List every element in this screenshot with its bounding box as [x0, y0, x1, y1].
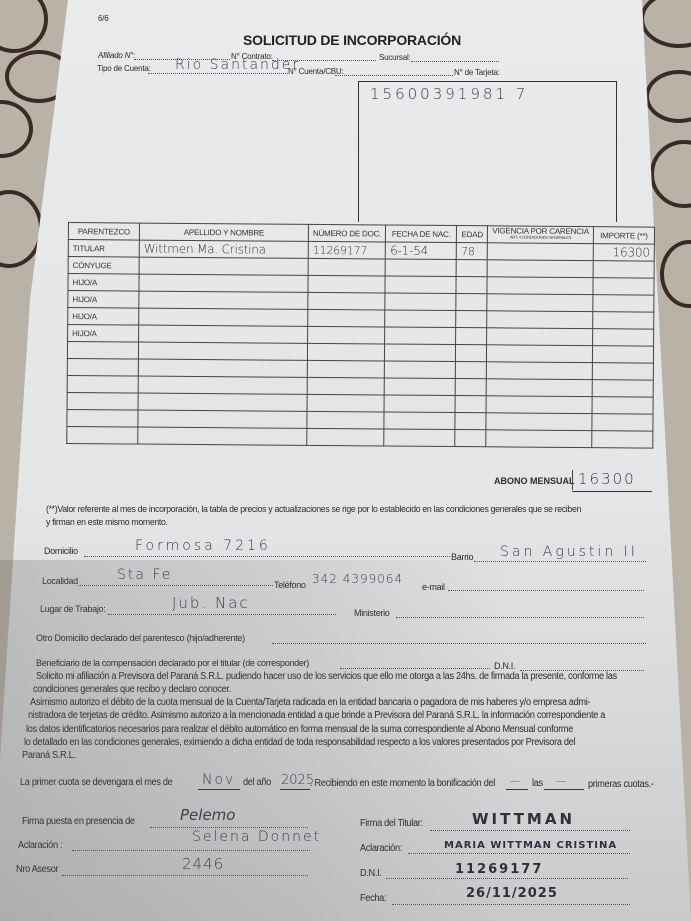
cuota-anio-field[interactable]	[280, 789, 310, 790]
cell-importe[interactable]	[593, 329, 654, 346]
abono-divider	[572, 470, 573, 490]
cell-parentesco	[67, 392, 138, 410]
asesor-label: Nro Asesor	[16, 864, 58, 875]
telefono-label: Teléfono	[274, 580, 306, 590]
tipo-cuenta-label: Tipo de Cuenta:	[97, 64, 151, 73]
cell-edad[interactable]	[456, 328, 487, 345]
cuota-bonif-field[interactable]	[506, 789, 528, 790]
aclaracion-left-label: Aclaración :	[18, 840, 62, 851]
background-pattern	[645, 70, 691, 123]
cell-nombre[interactable]	[138, 376, 307, 394]
cell-importe[interactable]	[593, 278, 654, 295]
cell-edad[interactable]	[455, 379, 486, 396]
presencia-label: Firma puesta en presencia de	[22, 816, 135, 827]
cell-importe[interactable]: 16300	[593, 244, 654, 261]
cell-parentesco	[67, 358, 138, 376]
legal-p1-line2: condiciones generales que recibo y decla…	[33, 684, 231, 695]
dni-label: D.N.I.	[360, 868, 382, 879]
barrio-value[interactable]: San Agustin II	[500, 544, 638, 560]
cell-nombre[interactable]	[139, 257, 308, 275]
localidad-value[interactable]: Sta Fe	[117, 567, 172, 583]
cell-nombre[interactable]	[139, 274, 308, 292]
background-pattern	[0, 0, 48, 53]
cell-importe[interactable]	[593, 295, 654, 312]
cuota-mes-value[interactable]: Nov	[202, 772, 235, 788]
abono-value[interactable]: 16300	[578, 470, 636, 488]
footnote-line2: y firman en este mismo momento.	[46, 517, 168, 528]
cell-doc[interactable]	[308, 292, 385, 310]
localidad-field[interactable]	[78, 585, 273, 586]
cell-parentesco: TITULAR	[68, 240, 139, 258]
cell-doc[interactable]	[308, 326, 385, 344]
telefono-value[interactable]: 342 4399064	[312, 572, 403, 586]
cell-edad[interactable]	[455, 430, 486, 447]
cuota-bonif-value[interactable]: —	[510, 776, 520, 787]
cuota-mes-field[interactable]	[198, 789, 240, 790]
abono-label: ABONO MENSUAL	[494, 476, 575, 486]
family-table: PARENTEZCO APELLIDO Y NOMBRE NÚMERO DE D…	[66, 222, 655, 449]
cell-parentesco	[67, 409, 138, 427]
cell-edad[interactable]	[456, 311, 487, 328]
cuota-las-value[interactable]: —	[556, 776, 566, 787]
cell-doc[interactable]	[307, 394, 384, 412]
cell-vigencia[interactable]	[487, 362, 593, 380]
cell-importe[interactable]	[592, 414, 653, 431]
cell-vigencia[interactable]	[487, 294, 593, 312]
cell-doc[interactable]	[307, 343, 384, 361]
cell-fecha-nac[interactable]	[384, 429, 455, 447]
tarjeta-label: N° de Tarjeta:	[454, 68, 500, 77]
beneficiario-dni-label: D.N.I.	[494, 661, 515, 671]
cell-doc[interactable]: 11269177	[308, 241, 385, 259]
legal-p2-line3: los datos identificatorios necesarios pa…	[26, 724, 573, 735]
cell-vigencia[interactable]	[487, 260, 593, 278]
presencia-field[interactable]	[150, 827, 308, 828]
sucursal-field[interactable]	[411, 61, 499, 62]
cell-importe[interactable]	[592, 397, 653, 414]
domicilio-value[interactable]: Formosa 7216	[135, 538, 271, 554]
cell-fecha-nac[interactable]	[384, 412, 455, 430]
aclaracion-right-label: Aclaración:	[360, 843, 402, 854]
cell-vigencia[interactable]	[486, 413, 592, 431]
cell-fecha-nac[interactable]	[385, 327, 456, 345]
cell-edad[interactable]	[456, 345, 487, 362]
cell-fecha-nac[interactable]	[385, 276, 456, 294]
cell-nombre[interactable]	[139, 325, 308, 343]
barrio-field[interactable]	[474, 561, 646, 562]
cuota-prefix: La primer cuota se devengara el mes de	[20, 777, 172, 788]
cell-nombre[interactable]	[138, 342, 307, 360]
legal-p2-line1: Asimismo autorizo el débito de la cuota …	[30, 697, 590, 708]
dni-field[interactable]	[386, 878, 628, 879]
cell-vigencia[interactable]	[487, 277, 593, 295]
cell-parentesco	[67, 375, 138, 393]
cuota-middle: . Recibiendo en este momento la bonifica…	[310, 778, 495, 789]
cell-fecha-nac[interactable]	[385, 361, 456, 379]
ministerio-field[interactable]	[396, 617, 644, 618]
cell-doc[interactable]	[307, 411, 384, 429]
footnote-line1: (**)Valor referente al mes de incorporac…	[46, 504, 581, 515]
tipo-cuenta-value[interactable]: Rio Santander	[175, 57, 300, 73]
firma-titular-field[interactable]	[430, 830, 630, 831]
otro-domicilio-label: Otro Domicilio declarado del parentesco …	[36, 633, 245, 643]
cell-vigencia[interactable]	[487, 345, 593, 363]
trabajo-label: Lugar de Trabajo:	[40, 604, 105, 614]
header-fecha-nac: FECHA DE NAC.	[386, 225, 457, 243]
cell-fecha-nac[interactable]	[385, 259, 456, 277]
header-edad: EDAD	[457, 226, 488, 243]
cell-parentesco: HIJO/A	[68, 274, 139, 292]
email-label: e-mail	[422, 582, 445, 592]
cell-edad[interactable]	[456, 260, 487, 277]
cell-importe[interactable]	[592, 363, 653, 380]
presencia-value[interactable]: Pelemo	[180, 806, 235, 824]
cuota-suffix: primeras cuotas.-	[588, 779, 654, 790]
aclaracion-left-field[interactable]	[72, 850, 310, 851]
beneficiario-label: Beneficiario de la compensación declarad…	[36, 658, 309, 668]
cell-doc[interactable]	[308, 309, 385, 327]
cell-fecha-nac[interactable]	[384, 395, 455, 413]
form-title: SOLICITUD DE INCORPORACIÓN	[243, 32, 461, 48]
legal-p2-line2: nistradora de terjetas de crédito. Asimi…	[28, 710, 605, 721]
legal-p2-line5: Paraná S.R.L.	[22, 750, 76, 761]
aclaracion-right-value[interactable]: MARIA WITTMAN CRISTINA	[444, 840, 617, 851]
cell-importe[interactable]	[593, 261, 654, 278]
firma-titular-value[interactable]: WITTMAN	[472, 810, 575, 828]
cell-nombre[interactable]	[138, 393, 307, 411]
background-pattern	[0, 100, 33, 158]
background-pattern	[660, 240, 691, 308]
cuota-anio-label: del año	[243, 777, 271, 788]
cell-nombre[interactable]	[138, 359, 307, 377]
cell-edad[interactable]: 78	[457, 243, 488, 260]
fecha-label: Fecha:	[360, 893, 386, 904]
page-marker: 6/6	[98, 14, 109, 23]
ministerio-label: Ministerio	[354, 608, 390, 618]
cell-nombre[interactable]	[138, 427, 307, 445]
cell-edad[interactable]	[455, 413, 486, 430]
cell-edad[interactable]	[456, 277, 487, 294]
cuota-las-label: las	[532, 778, 543, 789]
header-vigencia: VIGENCIA POR CARENCIAART. 4 CONDICIONES …	[488, 226, 594, 244]
background-pattern	[640, 0, 691, 48]
cell-parentesco	[67, 342, 138, 360]
cell-doc[interactable]	[307, 377, 384, 395]
cell-fecha-nac[interactable]	[385, 293, 456, 311]
cell-nombre[interactable]	[139, 291, 308, 309]
domicilio-label: Domicilio	[44, 546, 78, 556]
fecha-field[interactable]	[392, 904, 630, 905]
cuenta-cbu-field[interactable]	[335, 75, 453, 76]
aclaracion-left-value[interactable]: Selena Donnet	[192, 829, 321, 845]
legal-p1-line1: Solicito mi afiliación a Previsora del P…	[36, 671, 617, 682]
abono-underline	[572, 491, 652, 492]
cell-vigencia[interactable]	[486, 396, 592, 414]
cell-importe[interactable]	[592, 431, 653, 448]
localidad-label: Localidad	[42, 576, 78, 586]
header-doc: NÚMERO DE DOC.	[308, 224, 385, 242]
cell-edad[interactable]	[456, 294, 487, 311]
cell-parentesco	[67, 426, 138, 444]
cell-doc[interactable]	[307, 360, 384, 378]
cell-vigencia[interactable]	[488, 243, 594, 261]
cell-importe[interactable]	[593, 312, 654, 329]
cell-vigencia[interactable]	[486, 430, 592, 448]
tarjeta-value[interactable]: 15600391981 7	[370, 85, 528, 103]
barrio-label: Barrio	[451, 552, 473, 562]
cell-doc[interactable]	[307, 428, 384, 446]
aclaracion-right-field[interactable]	[408, 853, 630, 854]
firma-titular-label: Firma del Titular:	[360, 818, 423, 829]
cell-fecha-nac[interactable]	[384, 378, 455, 396]
sucursal-label: Sucursal:	[379, 53, 411, 62]
cell-edad[interactable]	[455, 396, 486, 413]
cell-parentesco: HIJO/A	[68, 325, 139, 343]
cell-vigencia[interactable]	[487, 311, 593, 329]
domicilio-field[interactable]	[84, 556, 450, 557]
header-parentesco: PARENTEZCO	[68, 223, 139, 241]
cell-fecha-nac[interactable]	[385, 344, 456, 362]
asesor-value[interactable]: 2446	[182, 855, 224, 873]
afiliado-label: Afiliado N°:	[98, 51, 135, 60]
fecha-value[interactable]: 26/11/2025	[466, 886, 558, 901]
cell-parentesco: CÓNYUGE	[68, 257, 139, 275]
cell-nombre[interactable]: Wittmen Ma. Cristina	[139, 240, 308, 258]
cell-parentesco: HIJO/A	[68, 291, 139, 309]
cell-doc[interactable]	[308, 275, 385, 293]
cell-parentesco: HIJO/A	[68, 308, 139, 326]
dni-value[interactable]: 11269177	[455, 862, 543, 877]
otro-domicilio-field[interactable]	[272, 643, 646, 644]
tipo-cuenta-field[interactable]	[148, 73, 288, 74]
beneficiario-field[interactable]	[340, 668, 490, 669]
cell-edad[interactable]	[456, 362, 487, 379]
asesor-field[interactable]	[62, 875, 308, 876]
header-importe: IMPORTE (**)	[593, 227, 654, 244]
header-nombre: APELLIDO Y NOMBRE	[139, 223, 308, 241]
cell-fecha-nac[interactable]: 6-1-54	[386, 242, 457, 260]
background-pattern	[650, 140, 691, 208]
cell-importe[interactable]	[592, 346, 653, 363]
trabajo-value[interactable]: Jub. Nac	[172, 594, 250, 612]
legal-p2-line4: lo detallado en las condiciones generale…	[24, 737, 575, 748]
trabajo-field[interactable]	[108, 614, 336, 615]
cell-vigencia[interactable]	[486, 379, 592, 397]
cell-vigencia[interactable]	[487, 328, 593, 346]
cell-fecha-nac[interactable]	[385, 310, 456, 328]
cuota-las-field[interactable]	[544, 789, 584, 790]
cell-nombre[interactable]	[139, 308, 308, 326]
cell-importe[interactable]	[592, 380, 653, 397]
email-field[interactable]	[448, 590, 644, 591]
cell-doc[interactable]	[308, 258, 385, 276]
cell-nombre[interactable]	[138, 410, 307, 428]
